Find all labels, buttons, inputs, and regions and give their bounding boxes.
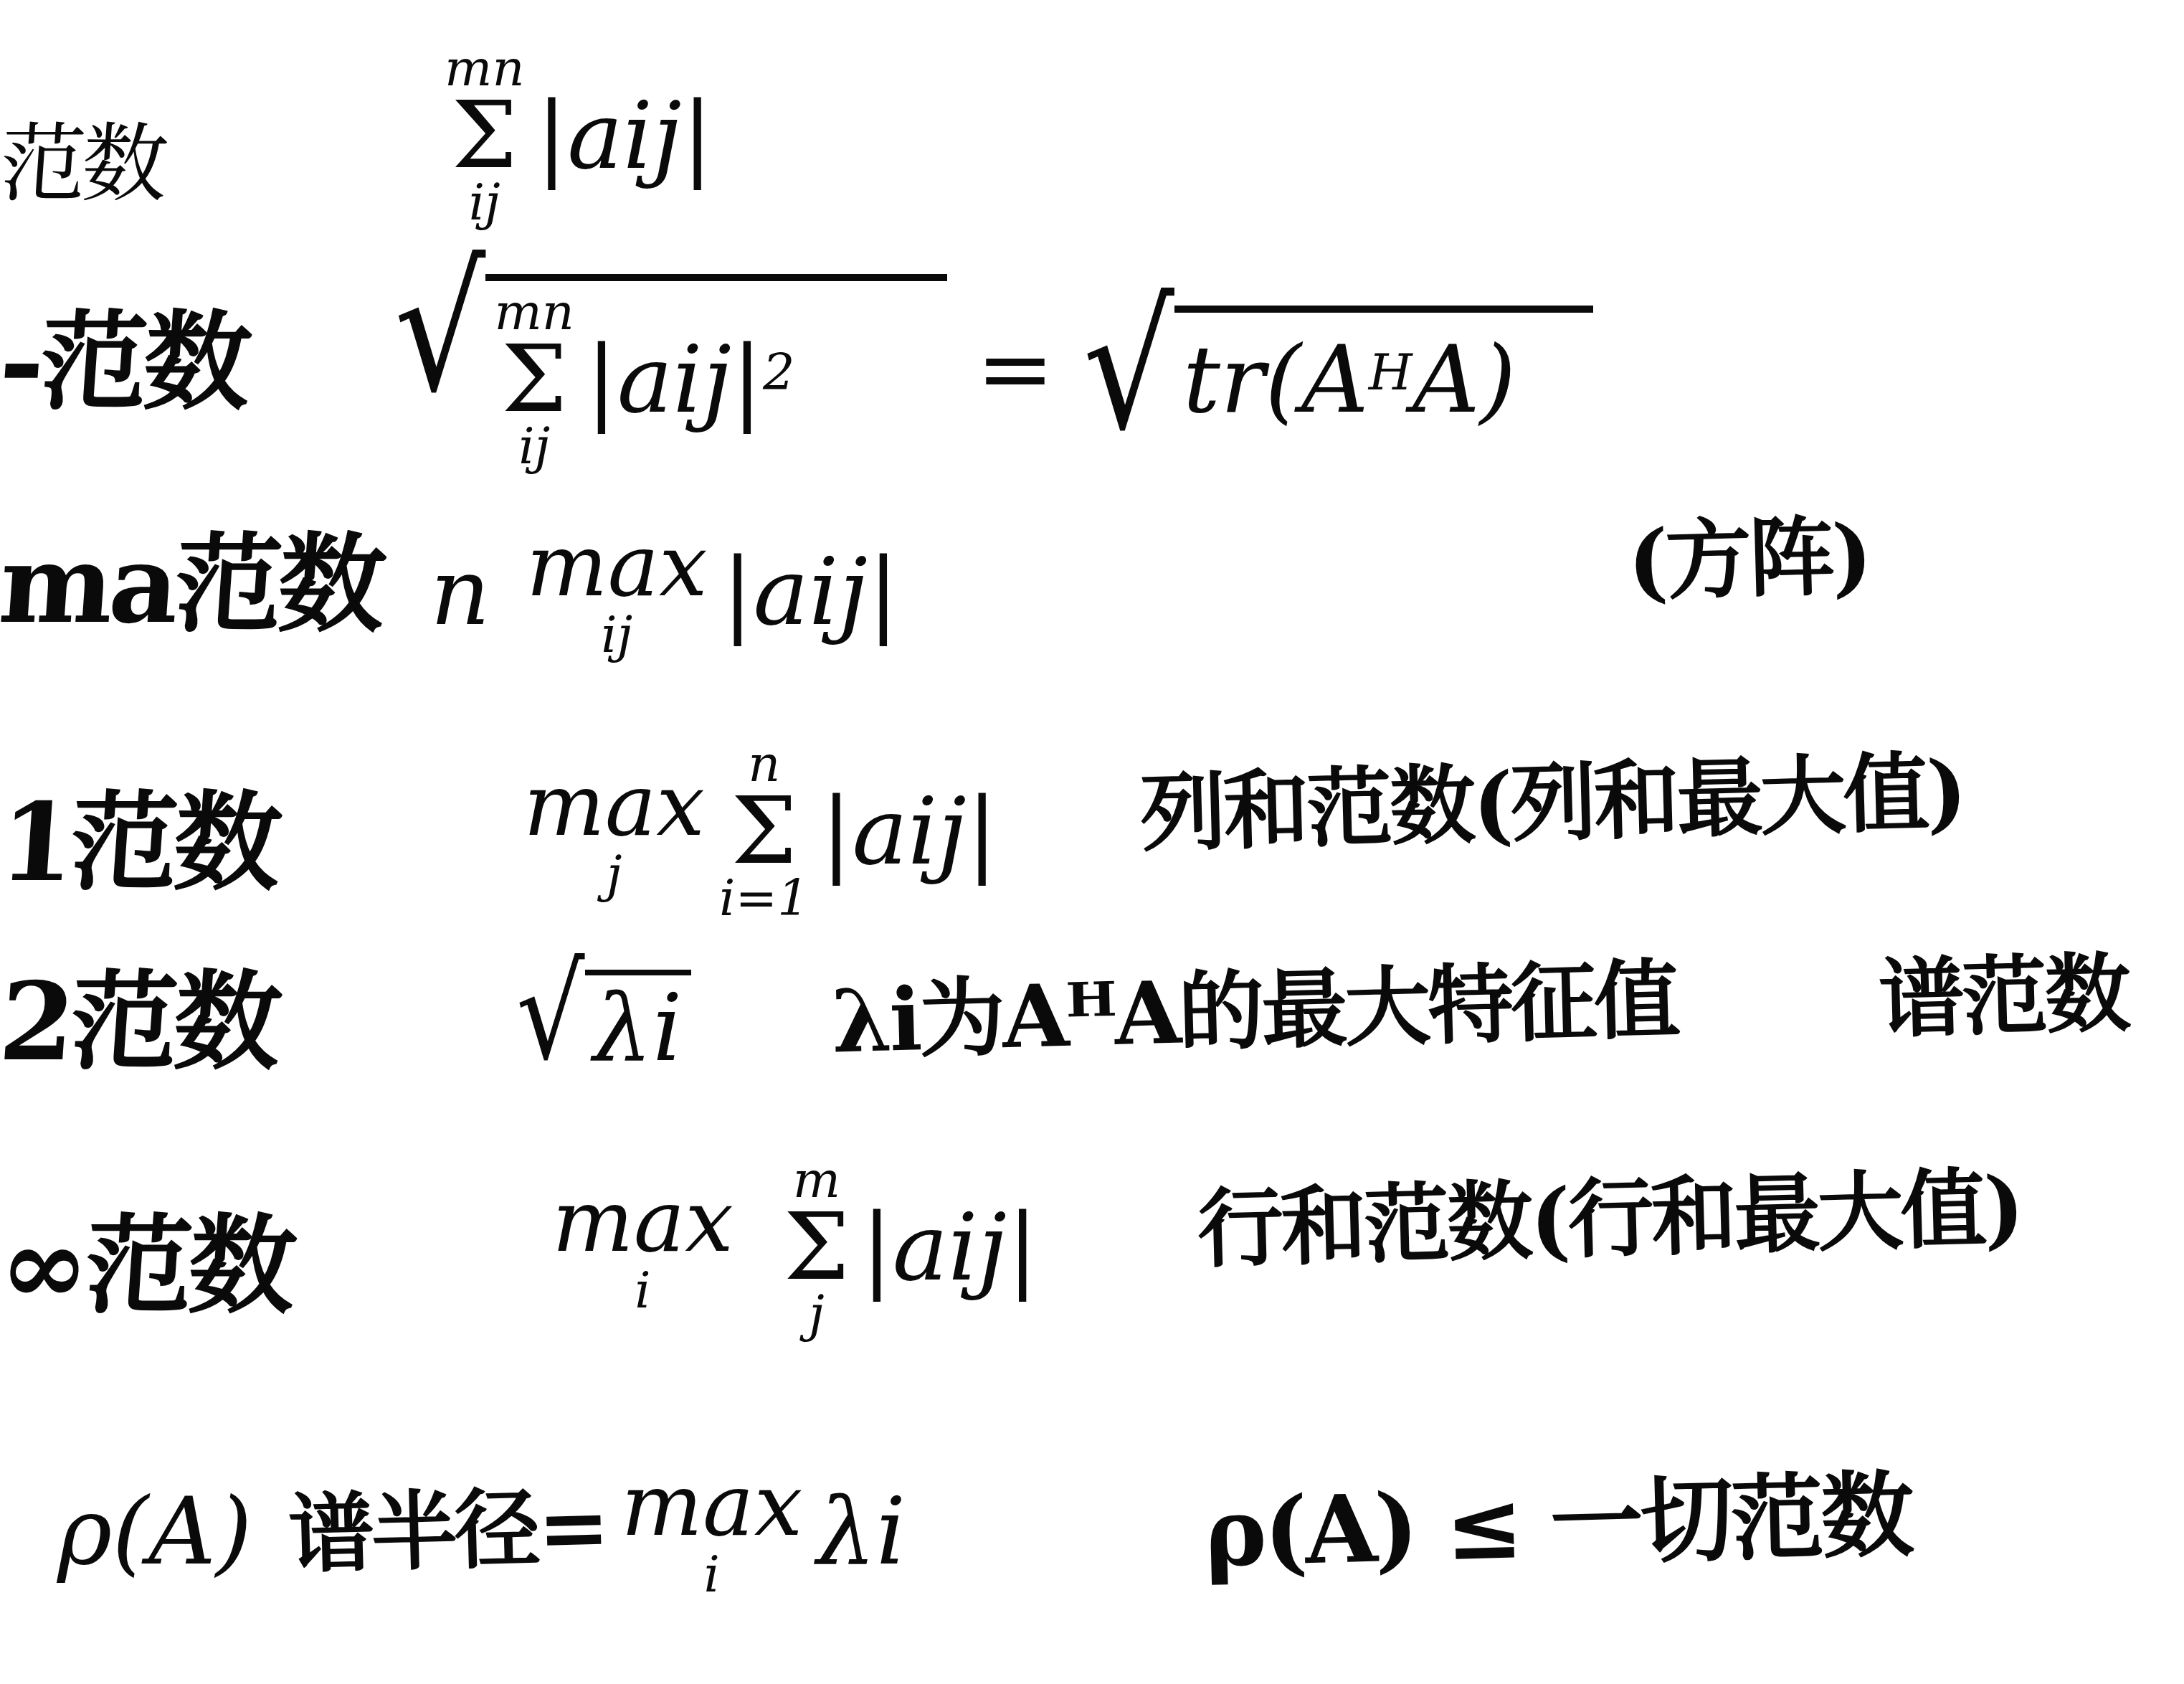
- norm-formula: max j n Σ i=1 |aij|: [523, 739, 998, 923]
- norm-label: ∞范数: [0, 1212, 295, 1320]
- abs-aij: |aij|: [586, 333, 763, 426]
- radical-sign: √: [394, 245, 485, 491]
- max-subscript: i: [704, 1549, 720, 1599]
- norm-label: 2范数: [0, 968, 281, 1076]
- max-label: max: [526, 524, 708, 610]
- norm-label: ma范数: [0, 531, 385, 638]
- sqrt-body: tr(AHA): [1174, 306, 1593, 440]
- sum-lower-index: ij: [469, 177, 500, 227]
- sum-lower-index: j: [809, 1289, 825, 1339]
- norm-formula: max i m Σ j |aij|: [552, 1155, 1038, 1339]
- column-sum-note: 列和范数(列和最大值): [1139, 749, 1965, 857]
- row-sum-note: 行和范数(行和最大值): [1197, 1165, 2023, 1273]
- radical-sign: √: [1083, 283, 1174, 455]
- sqrt: √ λi: [516, 961, 691, 1074]
- equals-sign: =: [976, 322, 1054, 415]
- summation: mn Σ ij: [445, 43, 524, 227]
- summation: m Σ j: [784, 1155, 850, 1339]
- sum-lower-index: ij: [518, 421, 550, 471]
- trace-open: tr(A: [1183, 333, 1369, 426]
- norm-label: 范数: [0, 122, 166, 208]
- norm-row-f: -范数 √ mn Σ ij |aij|2 = √ tr(AHA): [0, 265, 2184, 495]
- sqrt-body: λi: [585, 970, 691, 1074]
- norm-formula: mn Σ ij |aij|: [445, 43, 713, 227]
- norm-row-1: 1范数 max j n Σ i=1 |aij| 列和范数(列和最大值): [0, 717, 2184, 947]
- max-label: max: [621, 1463, 802, 1549]
- sigma-symbol: Σ: [731, 789, 797, 873]
- abs-aij: |aij|: [536, 89, 713, 182]
- eigenvalue-note: λi为AᴴA的最大特征值: [831, 957, 1679, 1066]
- norm-label: -范数: [0, 308, 251, 416]
- handwritten-notes-page: 范数 mn Σ ij |aij| -范数 √ mn Σ ij |aij: [0, 0, 2184, 1684]
- sigma-symbol: Σ: [501, 337, 567, 421]
- spectral-radius-row: ρ(A) 谱半径= max i λi ρ(A) ≤ 一切范数: [0, 1427, 2184, 1657]
- norm-formula: √ mn Σ ij |aij|2 = √ tr(AHA): [394, 265, 1593, 471]
- sqrt-body: mn Σ ij |aij|2: [485, 274, 947, 471]
- max-label: max: [552, 1179, 733, 1265]
- square-matrix-note: (方阵): [1626, 514, 1871, 606]
- spectral-radius-label: 谱半径=: [287, 1484, 608, 1579]
- norm-row-m1: 范数 mn Σ ij |aij|: [0, 29, 2184, 258]
- max-operator: max i: [621, 1463, 802, 1599]
- max-label: max: [523, 763, 705, 849]
- trace-close: A): [1413, 333, 1516, 426]
- norm-formula: n max ij |aij|: [430, 524, 899, 660]
- max-operator: max i: [552, 1179, 733, 1315]
- n-factor: n: [430, 545, 490, 638]
- norm-row-inf: ∞范数 max i m Σ j |aij| 行和范数(行和最大值): [0, 1133, 2184, 1363]
- sqrt: √ tr(AHA): [1083, 297, 1592, 440]
- inequality-note: ρ(A) ≤ 一切范数: [1203, 1468, 1912, 1580]
- max-operator: max ij: [526, 524, 708, 660]
- summation: mn Σ ij: [494, 287, 574, 471]
- sigma-symbol: Σ: [452, 93, 518, 177]
- sqrt: √ mn Σ ij |aij|2: [394, 265, 947, 471]
- abs-aij: |aij|: [722, 545, 899, 638]
- radical-sign: √: [516, 950, 585, 1086]
- norm-row-m-inf: ma范数 n max ij |aij| (方阵): [0, 502, 2184, 732]
- max-subscript: i: [635, 1265, 650, 1315]
- summation: n Σ i=1: [719, 739, 809, 923]
- spectral-norm-note: 谱范数: [1877, 950, 2129, 1043]
- sigma-symbol: Σ: [784, 1205, 850, 1289]
- max-operator: max j: [523, 763, 705, 899]
- spectral-radius-formula: ρ(A) 谱半径= max i λi: [57, 1463, 906, 1599]
- abs-aij: |aij|: [861, 1201, 1038, 1294]
- sum-lower-index: i=1: [719, 873, 809, 923]
- max-subscript: ij: [601, 610, 632, 660]
- power: 2: [763, 347, 795, 397]
- abs-aij: |aij|: [821, 785, 998, 878]
- max-subscript: j: [607, 849, 622, 899]
- norm-label: 1范数: [0, 789, 281, 897]
- norm-formula: √ λi: [516, 961, 691, 1074]
- lambda-i: λi: [594, 981, 683, 1074]
- lambda-i: λi: [817, 1485, 906, 1578]
- rho-a: ρ(A): [57, 1485, 252, 1578]
- conjugate-transpose: H: [1369, 347, 1413, 397]
